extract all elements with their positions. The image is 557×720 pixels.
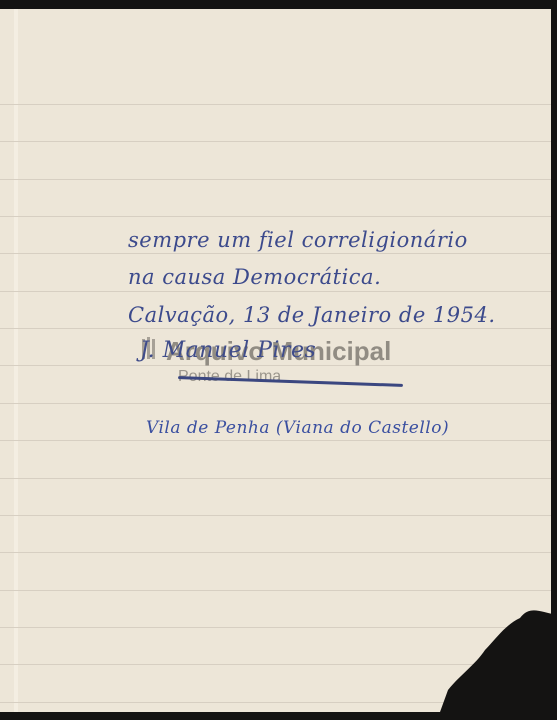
ruled-line xyxy=(0,104,551,105)
ruled-line xyxy=(0,403,551,404)
ruled-line xyxy=(0,552,551,553)
ruled-line xyxy=(0,478,551,479)
ruled-line xyxy=(0,515,551,516)
ruled-line xyxy=(0,179,551,180)
ruled-line xyxy=(0,627,551,628)
ruled-line xyxy=(0,440,551,441)
ruled-line xyxy=(0,328,551,329)
handwritten-date-line: Calvação, 13 de Janeiro de 1954. xyxy=(128,303,496,327)
ruled-line xyxy=(0,702,551,703)
handwritten-line-2: na causa Democrática. xyxy=(128,265,381,289)
ruled-line xyxy=(0,216,551,217)
location-note: Vila de Penha (Viana do Castello) xyxy=(146,418,449,438)
ruled-line xyxy=(0,253,551,254)
handwritten-line-1: sempre um fiel correligionário xyxy=(128,228,468,252)
ruled-line xyxy=(0,291,551,292)
ruled-line xyxy=(0,664,551,665)
signature: J. Manuel Pires xyxy=(140,338,316,363)
ruled-line xyxy=(0,590,551,591)
ruled-line xyxy=(0,141,551,142)
